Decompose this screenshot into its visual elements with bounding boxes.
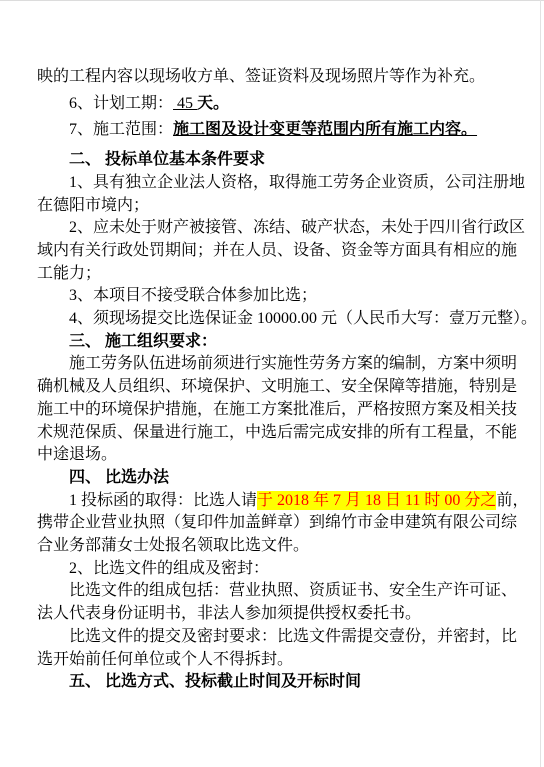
text-run: 术规范保质、保量进行施工，中选后需完成安排的所有工程量，不能 [37,424,517,441]
text-run: 比选文件的提交及密封要求：比选文件需提交壹份，并密封，比 [69,628,517,645]
document-line: 1 投标函的取得：比选人请于 2018 年 7 月 18 日 11 时 00 分… [37,490,519,513]
text-run: 合业务部蒲女士处报名领取比选文件。 [37,537,309,554]
document-line: 术规范保质、保量进行施工，中选后需完成安排的所有工程量，不能 [37,422,519,445]
document-line: 7、施工范围：施工图及设计变更等范围内所有施工内容。 [37,119,519,142]
text-run: 中途退场。 [37,446,117,463]
document-line: 2、比选文件的组成及密封： [37,558,519,581]
document-line: 域内有关行政处罚期间；并在人员、设备、资金等方面具有相应的施 [37,240,519,263]
document-line: 施工劳务队伍进场前须进行实施性劳务方案的编制，方案中须明 [37,353,519,376]
page-edge-right-line [540,0,541,767]
document-line: 3、本项目不接受联合体参加比选； [37,285,519,308]
document-line: 工能力； [37,263,519,286]
planned-duration-value: 45 [173,95,197,112]
text-run: 映的工程内容以现场收方单、签证资料及现场照片等作为补充。 [37,68,485,85]
text-run: 法人代表身份证明书，非法人参加须提供授权委托书。 [37,605,421,622]
text-run: 三、 施工组织要求： [69,333,217,350]
section-heading: 三、 施工组织要求： [37,331,519,354]
document-line: 映的工程内容以现场收方单、签证资料及现场照片等作为补充。 [37,66,519,89]
text-run: 工能力； [37,265,101,282]
section-heading: 五、 比选方式、投标截止时间及开标时间 [37,671,519,694]
document-line: 合业务部蒲女士处报名领取比选文件。 [37,535,519,558]
document-line: 中途退场。 [37,444,519,467]
text-run: 选开始前任何单位或个人不得拆封。 [37,651,293,668]
text-run: 2、应未处于财产被接管、冻结、破产状态，未处于四川省行政区 [69,219,525,236]
document-line: 选开始前任何单位或个人不得拆封。 [37,649,519,672]
document-line: 4、须现场提交比选保证金 10000.00 元（人民币大写：壹万元整）。 [37,308,519,331]
text-run: 6、计划工期： [69,95,173,112]
section-heading: 二、 投标单位基本条件要求 [37,149,519,172]
construction-scope-value: 施工图及设计变更等范围内所有施工内容。 [173,121,477,138]
text-run: 2、比选文件的组成及密封： [69,560,269,577]
document-content: 映的工程内容以现场收方单、签证资料及现场照片等作为补充。6、计划工期： 45 天… [37,66,519,694]
text-run: 天。 [197,95,229,112]
section-heading: 四、 比选办法 [37,467,519,490]
document-line: 携带企业营业执照（复印件加盖鲜章）到绵竹市金申建筑有限公司综 [37,512,519,535]
document-line: 比选文件的提交及密封要求：比选文件需提交壹份，并密封，比 [37,626,519,649]
document-line: 比选文件的组成包括：营业执照、资质证书、安全生产许可证、 [37,580,519,603]
text-run: 二、 投标单位基本条件要求 [69,151,265,168]
document-line: 在德阳市境内； [37,195,519,218]
highlighted-deadline-date: 于 2018 年 7 月 18 日 11 时 00 分之 [257,491,496,510]
text-run: 确机械及人员组织、环境保护、文明施工、安全保障等措施，特别是 [37,378,517,395]
text-run: 1、具有独立企业法人资格，取得施工劳务企业资质，公司注册地 [69,174,525,191]
text-run: 前， [496,492,528,509]
document-line: 施工中的环境保护措施，在施工方案批准后，严格按照方案及相关技 [37,399,519,422]
text-run: 施工劳务队伍进场前须进行实施性劳务方案的编制，方案中须明 [69,355,517,372]
document-page: 映的工程内容以现场收方单、签证资料及现场照片等作为补充。6、计划工期： 45 天… [0,0,544,767]
document-line: 2、应未处于财产被接管、冻结、破产状态，未处于四川省行政区 [37,217,519,240]
page-edge-top-line [0,0,544,1]
document-line: 法人代表身份证明书，非法人参加须提供授权委托书。 [37,603,519,626]
text-run: 比选文件的组成包括：营业执照、资质证书、安全生产许可证、 [69,582,517,599]
document-line: 6、计划工期： 45 天。 [37,93,519,116]
text-run: 1 投标函的取得：比选人请 [69,492,257,509]
text-run: 3、本项目不接受联合体参加比选； [69,287,317,304]
document-line: 1、具有独立企业法人资格，取得施工劳务企业资质，公司注册地 [37,172,519,195]
text-run: 域内有关行政处罚期间；并在人员、设备、资金等方面具有相应的施 [37,242,517,259]
text-run: 7、施工范围： [69,121,173,138]
text-run: 施工中的环境保护措施，在施工方案批准后，严格按照方案及相关技 [37,401,517,418]
text-run: 五、 比选方式、投标截止时间及开标时间 [69,673,361,690]
text-run: 在德阳市境内； [37,197,149,214]
document-line: 确机械及人员组织、环境保护、文明施工、安全保障等措施，特别是 [37,376,519,399]
text-run: 4、须现场提交比选保证金 10000.00 元（人民币大写：壹万元整）。 [69,310,537,327]
text-run: 携带企业营业执照（复印件加盖鲜章）到绵竹市金申建筑有限公司综 [37,514,517,531]
text-run: 四、 比选办法 [69,469,169,486]
